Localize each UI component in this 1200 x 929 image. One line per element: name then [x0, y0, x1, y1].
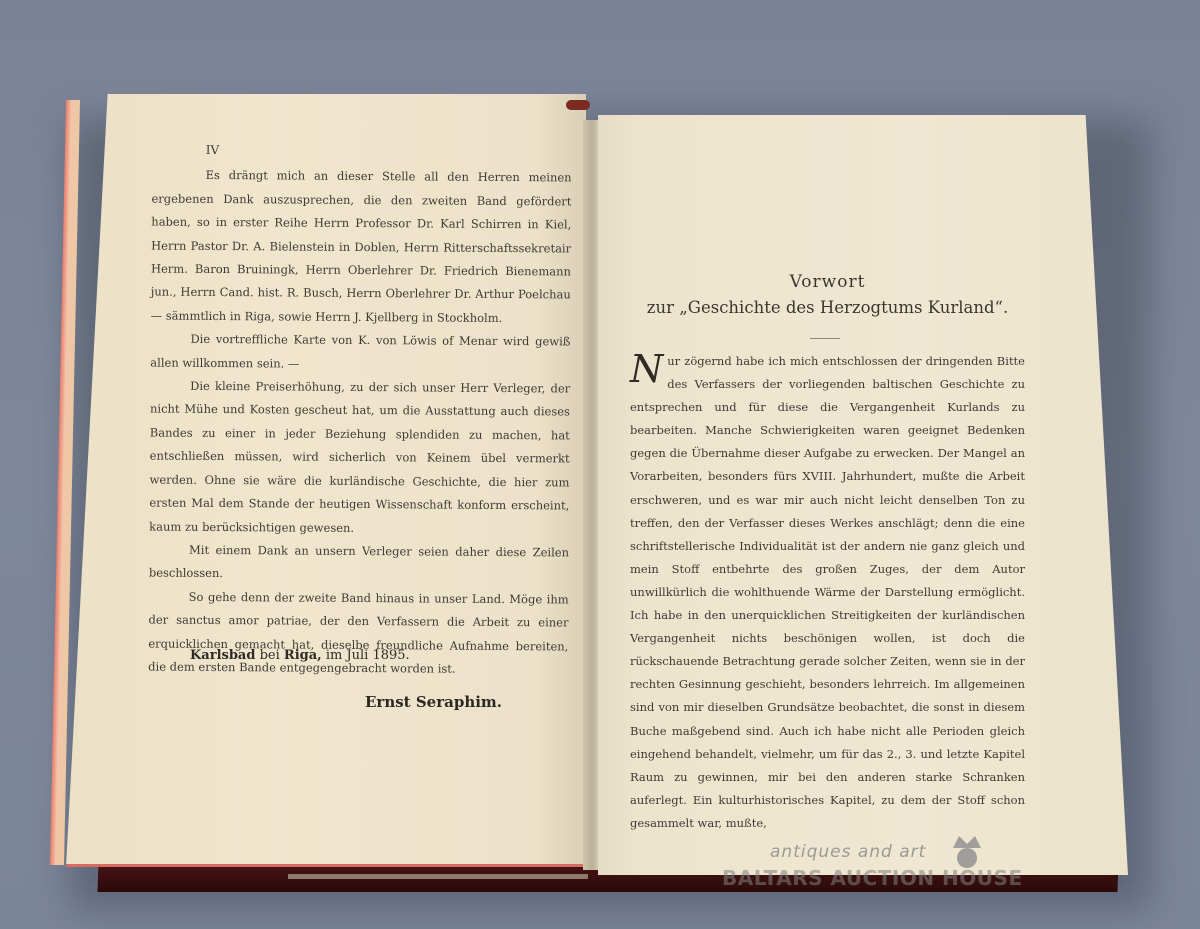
signature: Ernst Seraphim.	[365, 693, 502, 711]
body-text: ur zögernd habe ich mich entschlossen de…	[630, 354, 1025, 830]
connector: bei	[260, 648, 280, 663]
date: im Juli 1895.	[326, 648, 410, 663]
page-number: IV	[206, 139, 572, 165]
place: Karlsbad	[190, 648, 255, 663]
title: Vorwort	[630, 272, 1025, 292]
right-page-text: Nur zögernd habe ich mich entschlossen d…	[630, 350, 1025, 835]
worn-cover-strip	[288, 874, 588, 879]
watermark-tagline: antiques and art	[770, 842, 926, 862]
paragraph: Mit einem Dank an unsern Verleger seien …	[149, 538, 569, 588]
paragraph: Es drängt mich an dieser Stelle all den …	[151, 164, 572, 331]
paragraph: Die kleine Preiserhöhung, zu der sich un…	[149, 375, 570, 542]
paragraph: Die vortreffliche Karte von K. von Löwis…	[150, 328, 570, 378]
city: Riga,	[284, 648, 322, 663]
place-date-line: Karlsbad bei Riga, im Juli 1895.	[190, 648, 410, 663]
headband	[566, 100, 590, 110]
subtitle: zur „Geschichte des Herzogtums Kurland“.	[630, 298, 1025, 317]
chapter-title: Vorwort zur „Geschichte des Herzogtums K…	[630, 272, 1025, 317]
left-page-text: IV Es drängt mich an dieser Stelle all d…	[148, 139, 572, 682]
crown-icon	[950, 832, 984, 868]
watermark-brand: BALTARS AUCTION HOUSE	[722, 866, 1023, 890]
body-paragraph: Nur zögernd habe ich mich entschlossen d…	[630, 350, 1025, 835]
drop-cap: N	[630, 352, 663, 386]
title-divider	[810, 338, 840, 339]
paragraph: So gehe denn der zweite Band hinaus in u…	[148, 585, 569, 682]
